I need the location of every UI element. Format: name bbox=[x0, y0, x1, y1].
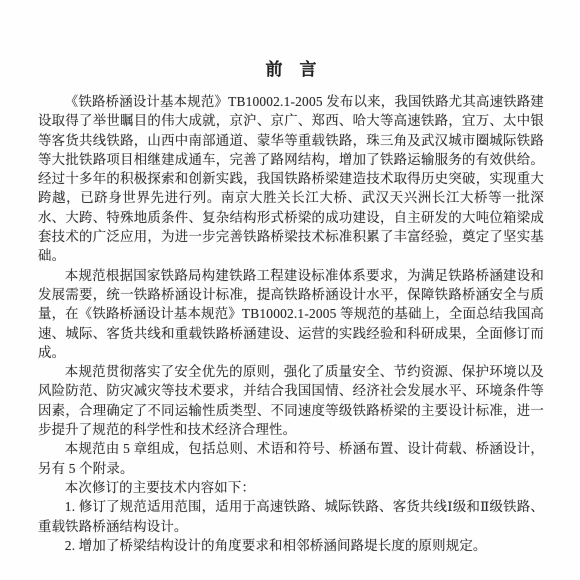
paragraph: 本次修订的主要技术内容如下： bbox=[38, 478, 544, 497]
document-page: 前 言 《铁路桥涵设计基本规范》TB10002.1-2005 发布以来，我国铁路… bbox=[0, 0, 580, 580]
paragraph: 本规范由 5 章组成，包括总则、术语和符号、桥涵布置、设计荷载、桥涵设计，另有 … bbox=[38, 439, 544, 478]
page-title: 前 言 bbox=[38, 58, 544, 82]
paragraph: 本规范贯彻落实了安全优先的原则，强化了质量安全、节约资源、保护环境以及风险防范、… bbox=[38, 362, 544, 439]
paragraph: 1. 修订了规范适用范围，适用于高速铁路、城际铁路、客货共线Ⅰ级和Ⅱ级铁路、重载… bbox=[38, 497, 544, 536]
paragraph: 《铁路桥涵设计基本规范》TB10002.1-2005 发布以来，我国铁路尤其高速… bbox=[38, 92, 544, 266]
paragraph: 本规范根据国家铁路局构建铁路工程建设标准体系要求，为满足铁路桥涵建设和发展需要，… bbox=[38, 266, 544, 362]
preface-body: 《铁路桥涵设计基本规范》TB10002.1-2005 发布以来，我国铁路尤其高速… bbox=[38, 92, 544, 555]
paragraph: 2. 增加了桥梁结构设计的角度要求和相邻桥涵间路堤长度的原则规定。 bbox=[38, 536, 544, 555]
